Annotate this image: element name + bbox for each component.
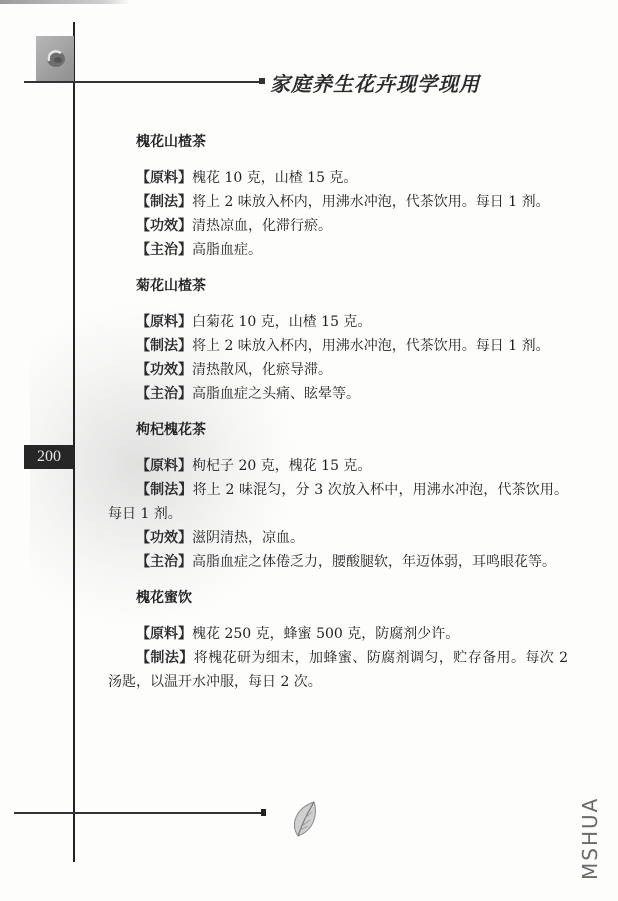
section-text: 清热散风，化瘀导滞。 [192,362,332,378]
leaf-ornament-icon [288,800,324,840]
watermark: MSHUA [578,797,602,880]
header-bullet [259,78,265,84]
recipe-method: 【制法】将槐花研为细末，加蜂蜜、防腐剂调匀，贮存备用。每次 2 汤匙，以温开水冲… [108,646,568,694]
section-tag: 【制法】 [136,482,193,498]
section-tag: 【功效】 [136,218,192,234]
section-tag: 【主治】 [136,554,192,570]
recipe-ingredients: 【原料】槐花 250 克，蜂蜜 500 克，防腐剂少许。 [108,622,568,646]
section-text: 滋阴清热，凉血。 [192,530,304,546]
section-tag: 【制法】 [136,338,192,354]
recipe-title: 枸杞槐花茶 [108,418,568,442]
running-title: 家庭养生花卉现学现用 [270,68,480,97]
section-tag: 【主治】 [136,386,192,402]
section-text: 高脂血症之体倦乏力，腰酸腿软，年迈体弱，耳鸣眼花等。 [192,554,556,570]
section-text: 槐花 10 克，山楂 15 克。 [192,170,357,186]
recipe-title: 槐花山楂茶 [108,130,568,154]
recipe: 枸杞槐花茶 【原料】枸杞子 20 克，槐花 15 克。 【制法】将上 2 味混匀… [108,418,568,574]
section-text: 白菊花 10 克，山楂 15 克。 [192,314,371,330]
page-body: 槐花山楂茶 【原料】槐花 10 克，山楂 15 克。 【制法】将上 2 味放入杯… [108,130,568,706]
section-tag: 【功效】 [136,362,192,378]
top-scan-edge [0,0,130,4]
page-number: 200 [24,445,74,469]
recipe-method: 【制法】将上 2 味放入杯内，用沸水冲泡，代茶饮用。每日 1 剂。 [108,334,568,358]
section-tag: 【原料】 [136,314,192,330]
header-rule [24,81,260,83]
footer-rule [14,812,262,814]
section-tag: 【功效】 [136,530,192,546]
recipe-ingredients: 【原料】枸杞子 20 克，槐花 15 克。 [108,454,568,478]
recipe-effect: 【功效】清热散风，化瘀导滞。 [108,358,568,382]
recipe-indication: 【主治】高脂血症。 [108,238,568,262]
recipe-indication: 【主治】高脂血症之头痛、眩晕等。 [108,382,568,406]
recipe-ingredients: 【原料】白菊花 10 克，山楂 15 克。 [108,310,568,334]
recipe-title: 槐花蜜饮 [108,586,568,610]
recipe-title: 菊花山楂茶 [108,274,568,298]
recipe-effect: 【功效】滋阴清热，凉血。 [108,526,568,550]
recipe: 槐花山楂茶 【原料】槐花 10 克，山楂 15 克。 【制法】将上 2 味放入杯… [108,130,568,262]
recipe-method: 【制法】将上 2 味放入杯内，用沸水冲泡，代茶饮用。每日 1 剂。 [108,190,568,214]
recipe-effect: 【功效】清热凉血，化滞行瘀。 [108,214,568,238]
section-text: 枸杞子 20 克，槐花 15 克。 [192,458,371,474]
margin-vertical-rule [73,22,75,862]
section-tag: 【主治】 [136,242,192,258]
section-tag: 【制法】 [136,194,192,210]
section-tag: 【原料】 [136,458,192,474]
recipe: 菊花山楂茶 【原料】白菊花 10 克，山楂 15 克。 【制法】将上 2 味放入… [108,274,568,406]
section-text: 高脂血症。 [192,242,262,258]
section-tag: 【原料】 [136,170,192,186]
recipe-ingredients: 【原料】槐花 10 克，山楂 15 克。 [108,166,568,190]
footer-bullet [261,809,266,816]
recipe-indication: 【主治】高脂血症之体倦乏力，腰酸腿软，年迈体弱，耳鸣眼花等。 [108,550,568,574]
recipe: 槐花蜜饮 【原料】槐花 250 克，蜂蜜 500 克，防腐剂少许。 【制法】将槐… [108,586,568,694]
section-text: 清热凉血，化滞行瘀。 [192,218,332,234]
section-text: 将上 2 味放入杯内，用沸水冲泡，代茶饮用。每日 1 剂。 [192,194,550,210]
section-text: 高脂血症之头痛、眩晕等。 [192,386,360,402]
recipe-method: 【制法】将上 2 味混匀，分 3 次放入杯中，用沸水冲泡，代茶饮用。每日 1 剂… [108,478,568,526]
section-tag: 【制法】 [136,650,194,666]
section-text: 槐花 250 克，蜂蜜 500 克，防腐剂少许。 [192,626,459,642]
section-tag: 【原料】 [136,626,192,642]
flower-bud-icon [36,36,74,81]
section-text: 将上 2 味放入杯内，用沸水冲泡，代茶饮用。每日 1 剂。 [192,338,550,354]
